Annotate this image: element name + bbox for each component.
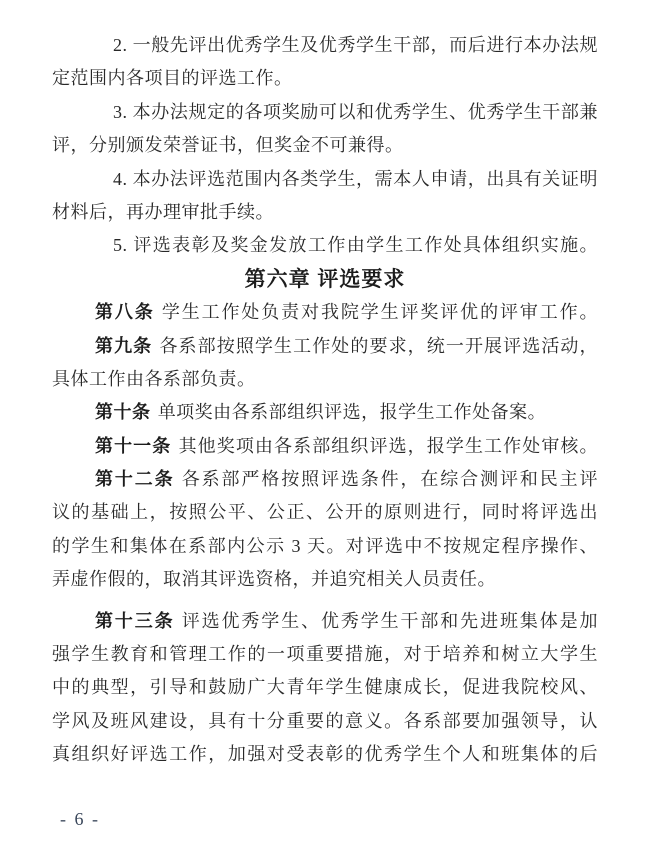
article-number: 第十条 <box>95 402 151 422</box>
continuation-line: 强学生教育和管理工作的一项重要措施，对于培养和树立大学生 <box>52 638 598 671</box>
article-number: 第十三条 <box>95 611 175 631</box>
article-line: 第十条单项奖由各系部组织评选，报学生工作处备案。 <box>52 396 598 429</box>
article-line: 第十一条其他奖项由各系部组织评选，报学生工作处审核。 <box>52 430 598 463</box>
article-number: 第十一条 <box>95 436 171 456</box>
article-line: 第十三条评选优秀学生、优秀学生干部和先进班集体是加 <box>52 605 598 638</box>
continuation-line: 的学生和集体在系部内公示 3 天。对评选中不按规定程序操作、 <box>52 530 598 563</box>
article-number: 第八条 <box>95 302 155 322</box>
text-block: 2. 一般先评出优秀学生及优秀学生干部，而后进行本办法规定范围内各项目的评选工作… <box>52 29 598 772</box>
continuation-line: 材料后，再办理审批手续。 <box>52 196 598 229</box>
article-line: 第八条学生工作处负责对我院学生评奖评优的评审工作。 <box>52 296 598 329</box>
list-item-line: 5. 评选表彰及奖金发放工作由学生工作处具体组织实施。 <box>52 229 598 262</box>
page-number: - 6 - <box>60 808 100 830</box>
continuation-line: 真组织好评选工作，加强对受表彰的优秀学生个人和班集体的后 <box>52 738 598 771</box>
article-line: 第九条各系部按照学生工作处的要求，统一开展评选活动， <box>52 330 598 363</box>
list-item-line: 4. 本办法评选范围内各类学生，需本人申请，出具有关证明 <box>52 163 598 196</box>
article-number: 第十二条 <box>95 469 175 489</box>
article-number: 第九条 <box>95 336 152 356</box>
list-item-line: 2. 一般先评出优秀学生及优秀学生干部，而后进行本办法规 <box>52 29 598 62</box>
continuation-line: 评，分别颁发荣誉证书，但奖金不可兼得。 <box>52 129 598 162</box>
continuation-line: 议的基础上，按照公平、公正、公开的原则进行，同时将评选出 <box>52 496 598 529</box>
continuation-line: 具体工作由各系部负责。 <box>52 363 598 396</box>
continuation-line: 弄虚作假的，取消其评选资格，并追究相关人员责任。 <box>52 563 598 596</box>
continuation-line: 定范围内各项目的评选工作。 <box>52 62 598 95</box>
document-page: 2. 一般先评出优秀学生及优秀学生干部，而后进行本办法规定范围内各项目的评选工作… <box>0 0 654 852</box>
chapter-heading: 第六章 评选要求 <box>52 263 598 296</box>
list-item-line: 3. 本办法规定的各项奖励可以和优秀学生、优秀学生干部兼 <box>52 96 598 129</box>
article-line: 第十二条各系部严格按照评选条件，在综合测评和民主评 <box>52 463 598 496</box>
continuation-line: 中的典型，引导和鼓励广大青年学生健康成长，促进我院校风、 <box>52 671 598 704</box>
continuation-line: 学风及班风建设，具有十分重要的意义。各系部要加强领导，认 <box>52 705 598 738</box>
